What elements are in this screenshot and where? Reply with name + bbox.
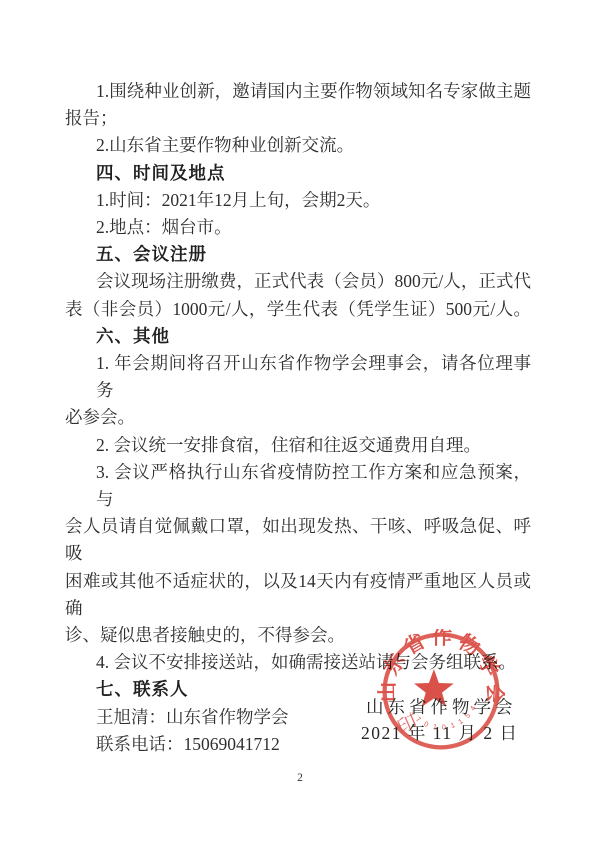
doc-line: 报告； (65, 105, 531, 132)
section-heading: 六、其他 (65, 323, 531, 350)
section-heading: 四、时间及地点 (65, 160, 531, 187)
doc-line: 会议现场注册缴费，正式代表（会员）800元/人，正式代 (65, 268, 531, 295)
doc-line: 2.地点：烟台市。 (65, 214, 531, 241)
doc-line: 必参会。 (65, 404, 531, 431)
doc-line: 2.山东省主要作物种业创新交流。 (65, 132, 531, 159)
doc-line: 1.时间：2021年12月上旬，会期2天。 (65, 187, 531, 214)
doc-line: 3. 会议严格执行山东省疫情防控工作方案和应急预案，与 (65, 459, 531, 513)
doc-line: 1.围绕种业创新，邀请国内主要作物领域知名专家做主题 (65, 78, 531, 105)
scanned-document-page: 1.围绕种业创新，邀请国内主要作物领域知名专家做主题报告；2.山东省主要作物种业… (0, 0, 600, 848)
page-number: 2 (0, 772, 600, 784)
doc-line: 2. 会议统一安排食宿，住宿和往返交通费用自理。 (65, 432, 531, 459)
doc-line: 表（非会员）1000元/人，学生代表（凭学生证）500元/人。 (65, 296, 531, 323)
doc-line: 1. 年会期间将召开山东省作物学会理事会，请各位理事务 (65, 350, 531, 404)
signature-date: 2021 年 11 月 2 日 (361, 720, 518, 745)
doc-line: 困难或其他不适症状的，以及14天内有疫情严重地区人员或确 (65, 568, 531, 622)
doc-line: 会人员请自觉佩戴口罩，如出现发热、干咳、呼吸急促、呼吸 (65, 513, 531, 567)
section-heading: 五、会议注册 (65, 241, 531, 268)
signature-organization: 山东省作物学会 (366, 694, 517, 719)
